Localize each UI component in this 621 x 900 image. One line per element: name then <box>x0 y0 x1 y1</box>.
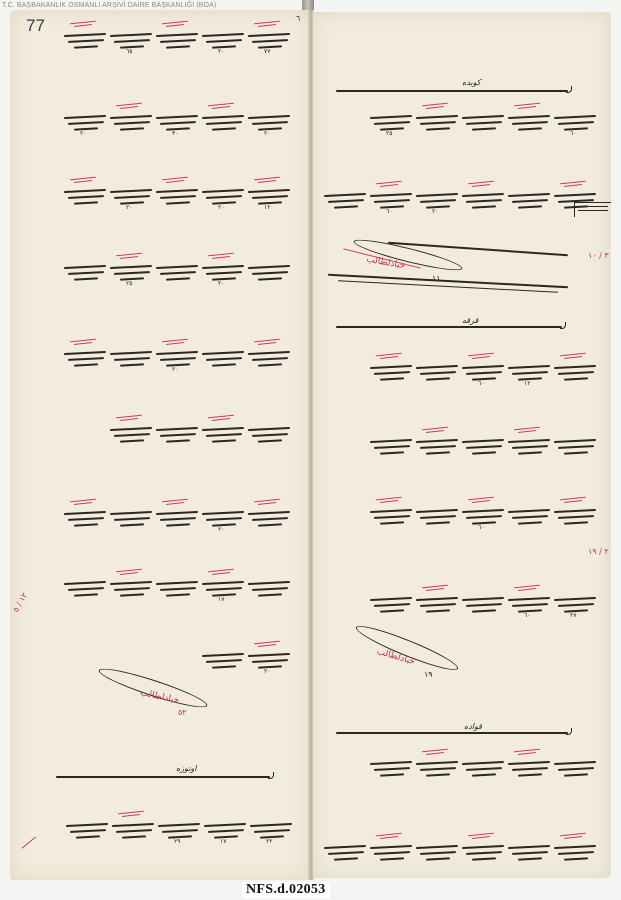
script-line <box>156 427 198 431</box>
script-line <box>420 199 456 202</box>
script-line <box>462 597 504 601</box>
script-line <box>64 265 106 269</box>
script-line <box>374 603 410 606</box>
ledger-entry <box>368 506 414 536</box>
script-line <box>68 587 104 590</box>
script-line <box>114 195 150 198</box>
script-line <box>558 515 594 518</box>
script-line <box>166 277 190 280</box>
script-line <box>252 271 288 274</box>
ledger-entry: ٢٠ <box>154 348 200 378</box>
script-line <box>110 115 152 119</box>
ledger-entry <box>506 112 552 142</box>
ledger-entry: ٢٠ <box>200 30 246 60</box>
script-line <box>462 193 504 197</box>
script-line <box>74 45 98 48</box>
script-line <box>518 857 542 860</box>
script-line <box>554 365 596 369</box>
tughra-number-right-1: ١١ <box>432 274 441 283</box>
ledger-entry <box>62 262 108 292</box>
script-line <box>248 265 290 269</box>
script-line <box>554 193 596 197</box>
ledger-entry <box>414 842 460 872</box>
section-heading-2: قرقه <box>462 316 478 325</box>
ledger-entry <box>368 436 414 466</box>
script-line <box>74 277 98 280</box>
script-line <box>156 265 198 269</box>
ledger-entry: ٢٩ <box>156 820 202 850</box>
ledger-entry <box>460 436 506 466</box>
script-line <box>162 829 198 832</box>
script-line <box>466 603 502 606</box>
script-line <box>334 857 358 860</box>
ledger-entry <box>64 820 110 850</box>
script-line <box>426 377 450 380</box>
script-line <box>258 439 282 442</box>
script-line <box>512 199 548 202</box>
entry-amount: ٢٠ <box>218 526 224 533</box>
script-line <box>110 33 152 37</box>
script-line <box>114 121 150 124</box>
script-line <box>74 523 98 526</box>
script-line <box>558 445 594 448</box>
script-line <box>254 829 290 832</box>
ledger-entry <box>108 578 154 608</box>
ledger-entry <box>368 362 414 392</box>
script-line <box>110 427 152 431</box>
script-line <box>252 121 288 124</box>
tughra-number-left: ٥٢ <box>178 708 187 717</box>
entry-amount: ١٧ <box>220 838 226 845</box>
script-line <box>70 829 106 832</box>
script-line <box>334 205 358 208</box>
script-line <box>420 121 456 124</box>
ledger-entry: ٢٢ <box>248 820 294 850</box>
script-line <box>212 439 236 442</box>
entry-amount: ٢٠ <box>264 668 270 675</box>
ledger-entry: ٦٠ <box>506 594 552 624</box>
script-line <box>248 653 290 657</box>
script-line <box>116 829 152 832</box>
script-line <box>202 351 244 355</box>
script-line <box>156 351 198 355</box>
ledger-entry <box>414 506 460 536</box>
script-line <box>370 597 412 601</box>
script-line <box>374 515 410 518</box>
script-line <box>114 433 150 436</box>
script-line <box>416 845 458 849</box>
script-line <box>258 363 282 366</box>
ledger-entry <box>200 348 246 378</box>
script-line <box>554 115 596 119</box>
script-line <box>370 439 412 443</box>
script-line <box>248 427 290 431</box>
archive-watermark: T.C. BAŞBAKANLIK OSMANLI ARŞİVİ DAİRE BA… <box>2 2 216 9</box>
ledger-entry <box>108 112 154 142</box>
folio-mark: ٦ <box>296 14 300 23</box>
entry-amount: ٦٠ <box>478 380 484 387</box>
script-line <box>426 127 450 130</box>
script-line <box>258 593 282 596</box>
ledger-entry: ٦٠ <box>552 112 598 142</box>
script-line <box>204 823 246 827</box>
script-line <box>472 205 496 208</box>
script-line <box>380 609 404 612</box>
script-line <box>160 195 196 198</box>
script-line <box>374 445 410 448</box>
script-line <box>420 603 456 606</box>
script-line <box>202 511 244 515</box>
script-line <box>380 377 404 380</box>
entry-amount: ٦٠ <box>570 130 576 137</box>
section-rule-left-bottom <box>56 776 270 778</box>
script-line <box>416 597 458 601</box>
script-line <box>166 201 190 204</box>
script-line <box>156 189 198 193</box>
script-line <box>206 121 242 124</box>
script-line <box>380 857 404 860</box>
script-line <box>370 115 412 119</box>
entry-amount: ٢٠ <box>218 204 224 211</box>
script-line <box>212 127 236 130</box>
script-line <box>508 193 550 197</box>
script-line <box>466 515 502 518</box>
script-line <box>512 767 548 770</box>
ledger-entry <box>552 362 598 392</box>
script-line <box>122 835 146 838</box>
ledger-entry <box>414 594 460 624</box>
script-line <box>202 265 244 269</box>
script-line <box>206 433 242 436</box>
script-line <box>462 845 504 849</box>
script-line <box>110 351 152 355</box>
script-line <box>508 761 550 765</box>
ledger-entry <box>246 424 292 454</box>
ledger-entry <box>200 650 246 680</box>
script-line <box>248 115 290 119</box>
script-line <box>472 773 496 776</box>
script-line <box>110 265 152 269</box>
ledger-entry: ١٧ <box>200 578 246 608</box>
entry-amount: ١٢ <box>264 204 270 211</box>
script-line <box>374 199 410 202</box>
entry-amount: ٦٠ <box>386 208 392 215</box>
section-rule-3 <box>336 732 568 734</box>
ledger-entry <box>506 758 552 788</box>
script-line <box>258 277 282 280</box>
script-line <box>380 773 404 776</box>
ledger-entry <box>246 578 292 608</box>
ledger-entry <box>154 424 200 454</box>
script-line <box>462 761 504 765</box>
ledger-entry: ٢٠ <box>246 650 292 680</box>
script-line <box>370 761 412 765</box>
ledger-entry <box>322 190 368 220</box>
script-line <box>206 587 242 590</box>
script-line <box>68 39 104 42</box>
ledger-entry <box>62 30 108 60</box>
script-line <box>426 773 450 776</box>
script-line <box>120 363 144 366</box>
script-line <box>466 371 502 374</box>
script-line <box>68 357 104 360</box>
script-line <box>68 517 104 520</box>
ledger-entry <box>62 578 108 608</box>
script-line <box>74 593 98 596</box>
script-line <box>64 33 106 37</box>
script-line <box>416 115 458 119</box>
script-line <box>74 201 98 204</box>
ledger-entry <box>62 186 108 216</box>
script-line <box>68 195 104 198</box>
script-line <box>68 271 104 274</box>
script-line <box>166 523 190 526</box>
ledger-entry: ٦٠ <box>368 190 414 220</box>
script-line <box>110 189 152 193</box>
ledger-entry: ٧٧ <box>246 30 292 60</box>
script-line <box>120 439 144 442</box>
entry-amount: ٦٠ <box>478 524 484 531</box>
script-line <box>160 433 196 436</box>
script-line <box>416 509 458 513</box>
script-line <box>120 523 144 526</box>
script-line <box>206 659 242 662</box>
script-line <box>158 823 200 827</box>
script-line <box>252 39 288 42</box>
ledger-entry: ٦٠ <box>460 506 506 536</box>
script-line <box>554 439 596 443</box>
script-line <box>462 115 504 119</box>
ledger-entry <box>414 758 460 788</box>
entry-amount: ٦٠ <box>524 612 530 619</box>
script-line <box>558 121 594 124</box>
script-line <box>554 597 596 601</box>
script-line <box>508 509 550 513</box>
ledger-entry <box>110 820 156 850</box>
ledger-entry <box>460 112 506 142</box>
script-line <box>202 189 244 193</box>
ledger-entry <box>414 362 460 392</box>
script-line <box>64 351 106 355</box>
ledger-entry: ٣٠ <box>154 112 200 142</box>
ledger-entry: ١٢ <box>506 362 552 392</box>
ledger-entry <box>368 842 414 872</box>
script-line <box>472 451 496 454</box>
ledger-entry <box>552 506 598 536</box>
entry-amount: ٦٥ <box>126 48 132 55</box>
ledger-entry <box>108 424 154 454</box>
ledger-entry <box>200 112 246 142</box>
script-line <box>416 365 458 369</box>
script-line <box>252 433 288 436</box>
script-line <box>420 515 456 518</box>
script-line <box>472 609 496 612</box>
margin-note-right-2: ٢ / ١٩ <box>588 548 609 556</box>
script-line <box>252 517 288 520</box>
script-line <box>64 115 106 119</box>
entry-amount: ٢٧ <box>570 612 576 619</box>
entry-amount: ٧٧ <box>264 48 270 55</box>
script-line <box>426 521 450 524</box>
script-line <box>466 445 502 448</box>
ledger-entry <box>246 508 292 538</box>
script-line <box>416 193 458 197</box>
script-line <box>202 427 244 431</box>
section-rule-2 <box>336 326 562 328</box>
script-line <box>508 115 550 119</box>
ledger-entry <box>460 758 506 788</box>
script-line <box>518 521 542 524</box>
script-line <box>564 773 588 776</box>
ledger-entry: ٢٠ <box>200 262 246 292</box>
script-line <box>420 767 456 770</box>
ledger-entry: ٢٥ <box>108 262 154 292</box>
script-line <box>166 45 190 48</box>
script-line <box>462 365 504 369</box>
entry-amount: ٢٩ <box>174 838 180 845</box>
entry-amount: ٢٠ <box>218 48 224 55</box>
script-line <box>110 581 152 585</box>
script-line <box>212 665 236 668</box>
script-line <box>156 511 198 515</box>
script-line <box>374 371 410 374</box>
script-line <box>416 439 458 443</box>
script-line <box>564 377 588 380</box>
script-line <box>76 835 100 838</box>
script-line <box>202 581 244 585</box>
script-line <box>212 363 236 366</box>
script-line <box>64 581 106 585</box>
script-line <box>466 199 502 202</box>
ledger-entry <box>552 758 598 788</box>
script-line <box>202 115 244 119</box>
script-line <box>564 521 588 524</box>
script-line <box>466 767 502 770</box>
entry-amount: ٢٠ <box>126 204 132 211</box>
ledger-entry: ٢٠ <box>62 112 108 142</box>
ledger-entry: ٢٥ <box>368 112 414 142</box>
ledger-entry: ٦٠ <box>460 362 506 392</box>
script-line <box>508 365 550 369</box>
entry-amount: ١٧ <box>218 596 224 603</box>
script-line <box>110 511 152 515</box>
script-line <box>374 851 410 854</box>
ledger-entry <box>246 348 292 378</box>
script-line <box>472 857 496 860</box>
script-line <box>160 587 196 590</box>
script-line <box>512 515 548 518</box>
script-line <box>252 587 288 590</box>
ledger-entry <box>322 842 368 872</box>
ledger-entry <box>154 30 200 60</box>
script-line <box>472 127 496 130</box>
script-line <box>518 205 542 208</box>
ledger-entry <box>506 436 552 466</box>
ledger-entry: ٢٠ <box>414 190 460 220</box>
script-line <box>370 193 412 197</box>
script-line <box>156 581 198 585</box>
script-line <box>426 609 450 612</box>
script-line <box>380 451 404 454</box>
script-line <box>112 823 154 827</box>
ledger-entry <box>368 758 414 788</box>
script-line <box>370 509 412 513</box>
ledger-entry: ٢٠ <box>108 186 154 216</box>
ledger-entry <box>154 508 200 538</box>
script-line <box>564 857 588 860</box>
ledger-entry <box>460 190 506 220</box>
script-line <box>258 523 282 526</box>
script-line <box>512 121 548 124</box>
ledger-entry <box>108 348 154 378</box>
page-number: 77 <box>26 16 45 36</box>
ledger-entry <box>460 594 506 624</box>
section-heading-left-bottom: اوتوزه <box>176 764 197 773</box>
script-line <box>426 857 450 860</box>
script-line <box>120 593 144 596</box>
script-line <box>554 845 596 849</box>
script-line <box>248 351 290 355</box>
script-line <box>508 845 550 849</box>
margin-note-right-1: ٣ / ١٠ <box>588 252 609 260</box>
ledger-entry <box>552 436 598 466</box>
script-line <box>114 357 150 360</box>
script-line <box>114 271 150 274</box>
ledger-entry <box>246 262 292 292</box>
catalog-id: NFS.d.02053 <box>242 882 330 898</box>
script-line <box>114 587 150 590</box>
script-line <box>328 851 364 854</box>
script-line <box>250 823 292 827</box>
script-line <box>156 115 198 119</box>
script-line <box>416 761 458 765</box>
script-line <box>508 597 550 601</box>
script-line <box>248 581 290 585</box>
script-line <box>206 271 242 274</box>
script-line <box>564 451 588 454</box>
script-line <box>114 517 150 520</box>
ledger-entry <box>154 262 200 292</box>
script-line <box>160 121 196 124</box>
entry-amount: ٢٥ <box>386 130 392 137</box>
ledger-entry: ١٧ <box>202 820 248 850</box>
ledger-entry <box>108 508 154 538</box>
script-line <box>374 121 410 124</box>
script-line <box>374 767 410 770</box>
script-line <box>518 773 542 776</box>
script-line <box>248 189 290 193</box>
ledger-entry <box>368 594 414 624</box>
script-line <box>324 193 366 197</box>
script-line <box>508 439 550 443</box>
script-line <box>208 829 244 832</box>
script-line <box>202 33 244 37</box>
script-line <box>114 39 150 42</box>
margin-box-note <box>574 202 611 217</box>
ledger-entry <box>506 506 552 536</box>
script-line <box>156 33 198 37</box>
ledger-entry <box>506 190 552 220</box>
script-line <box>380 521 404 524</box>
entry-amount: ٢٢ <box>266 838 272 845</box>
ledger-entry <box>506 842 552 872</box>
script-line <box>202 653 244 657</box>
script-line <box>558 767 594 770</box>
script-line <box>518 127 542 130</box>
script-line <box>206 39 242 42</box>
entry-amount: ٢٠ <box>172 366 178 373</box>
script-line <box>420 445 456 448</box>
